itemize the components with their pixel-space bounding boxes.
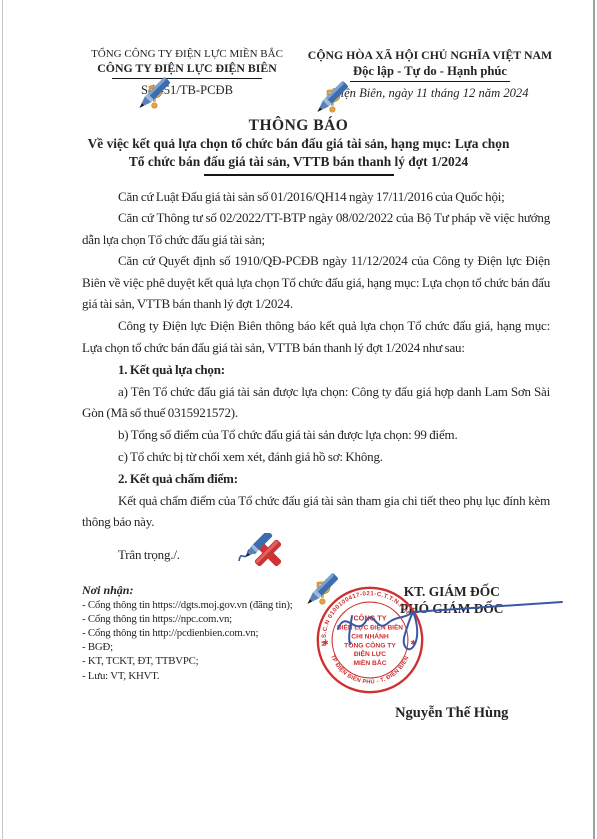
parent-org-name: TỔNG CÔNG TY ĐIỆN LỰC MIỀN BẮC [78,48,296,60]
paragraph-result-b: b) Tổng số điểm của Tổ chức đấu giá tài … [82,424,550,446]
section-1-heading: 1. Kết quả lựa chọn: [82,359,550,381]
paragraph-legal-basis-2: Căn cứ Thông tư số 02/2022/TT-BTP ngày 0… [82,207,550,250]
document-subtitle-line2: Tổ chức bán đấu giá tài sản, VTTB bán th… [0,153,597,171]
document-body: Căn cứ Luật Đấu giá tài sản số 01/2016/Q… [82,186,550,580]
paragraph-announcement: Công ty Điện lực Điện Biên thông báo kết… [82,315,550,358]
document-header: TỔNG CÔNG TY ĐIỆN LỰC MIỀN BẮC CÔNG TY Đ… [0,0,597,101]
recipient-item: - KT, TCKT, ĐT, TTBVPC; [82,654,337,668]
page-edge-left [2,0,3,839]
paragraph-scoring: Kết quả chấm điểm của Tổ chức đấu giá tà… [82,490,550,533]
page-edge-right [593,0,595,839]
pen-question-icon[interactable]: ? [299,568,345,614]
motto-underline [350,81,510,82]
recipient-item: - Lưu: VT, KHVT. [82,669,337,683]
section-2-heading: 2. Kết quả chấm điểm: [82,468,550,490]
national-title: CỘNG HÒA XÃ HỘI CHỦ NGHĨA VIỆT NAM [302,48,558,63]
pen-x-icon[interactable] [196,533,288,580]
document-title: THÔNG BÁO [0,117,597,135]
signer-name: Nguyễn Thế Hùng [337,705,568,722]
paragraph-result-a: a) Tên Tổ chức đấu giá tài sản được lựa … [82,381,550,424]
handwritten-signature [316,586,568,670]
title-block: THÔNG BÁO Về việc kết quả lựa chọn tổ ch… [0,117,597,176]
paragraph-legal-basis-1: Căn cứ Luật Đấu giá tài sản số 01/2016/Q… [82,186,550,208]
paragraph-legal-basis-3: Căn cứ Quyết định số 1910/QĐ-PCĐB ngày 1… [82,250,550,315]
issuing-org-block: TỔNG CÔNG TY ĐIỆN LỰC MIỀN BẮC CÔNG TY Đ… [78,48,296,101]
pen-question-icon[interactable]: ? [309,76,355,122]
paragraph-result-c: c) Tổ chức bị từ chối xem xét, đánh giá … [82,446,550,468]
document-number: Số 451/TB-PCĐB [78,83,296,98]
document-subtitle-line1: Về việc kết quả lựa chọn tổ chức bán đấu… [0,135,597,153]
closing-text: Trân trọng./. [118,547,180,562]
recipient-item: - BGĐ; [82,640,337,654]
document-page: TỔNG CÔNG TY ĐIỆN LỰC MIỀN BẮC CÔNG TY Đ… [0,0,597,839]
recipient-item: - Cổng thông tin http://pcdienbien.com.v… [82,626,337,640]
org-name: CÔNG TY ĐIỆN LỰC ĐIỆN BIÊN [78,61,296,76]
pen-question-icon[interactable]: ? [131,72,177,118]
title-separator [204,174,394,176]
